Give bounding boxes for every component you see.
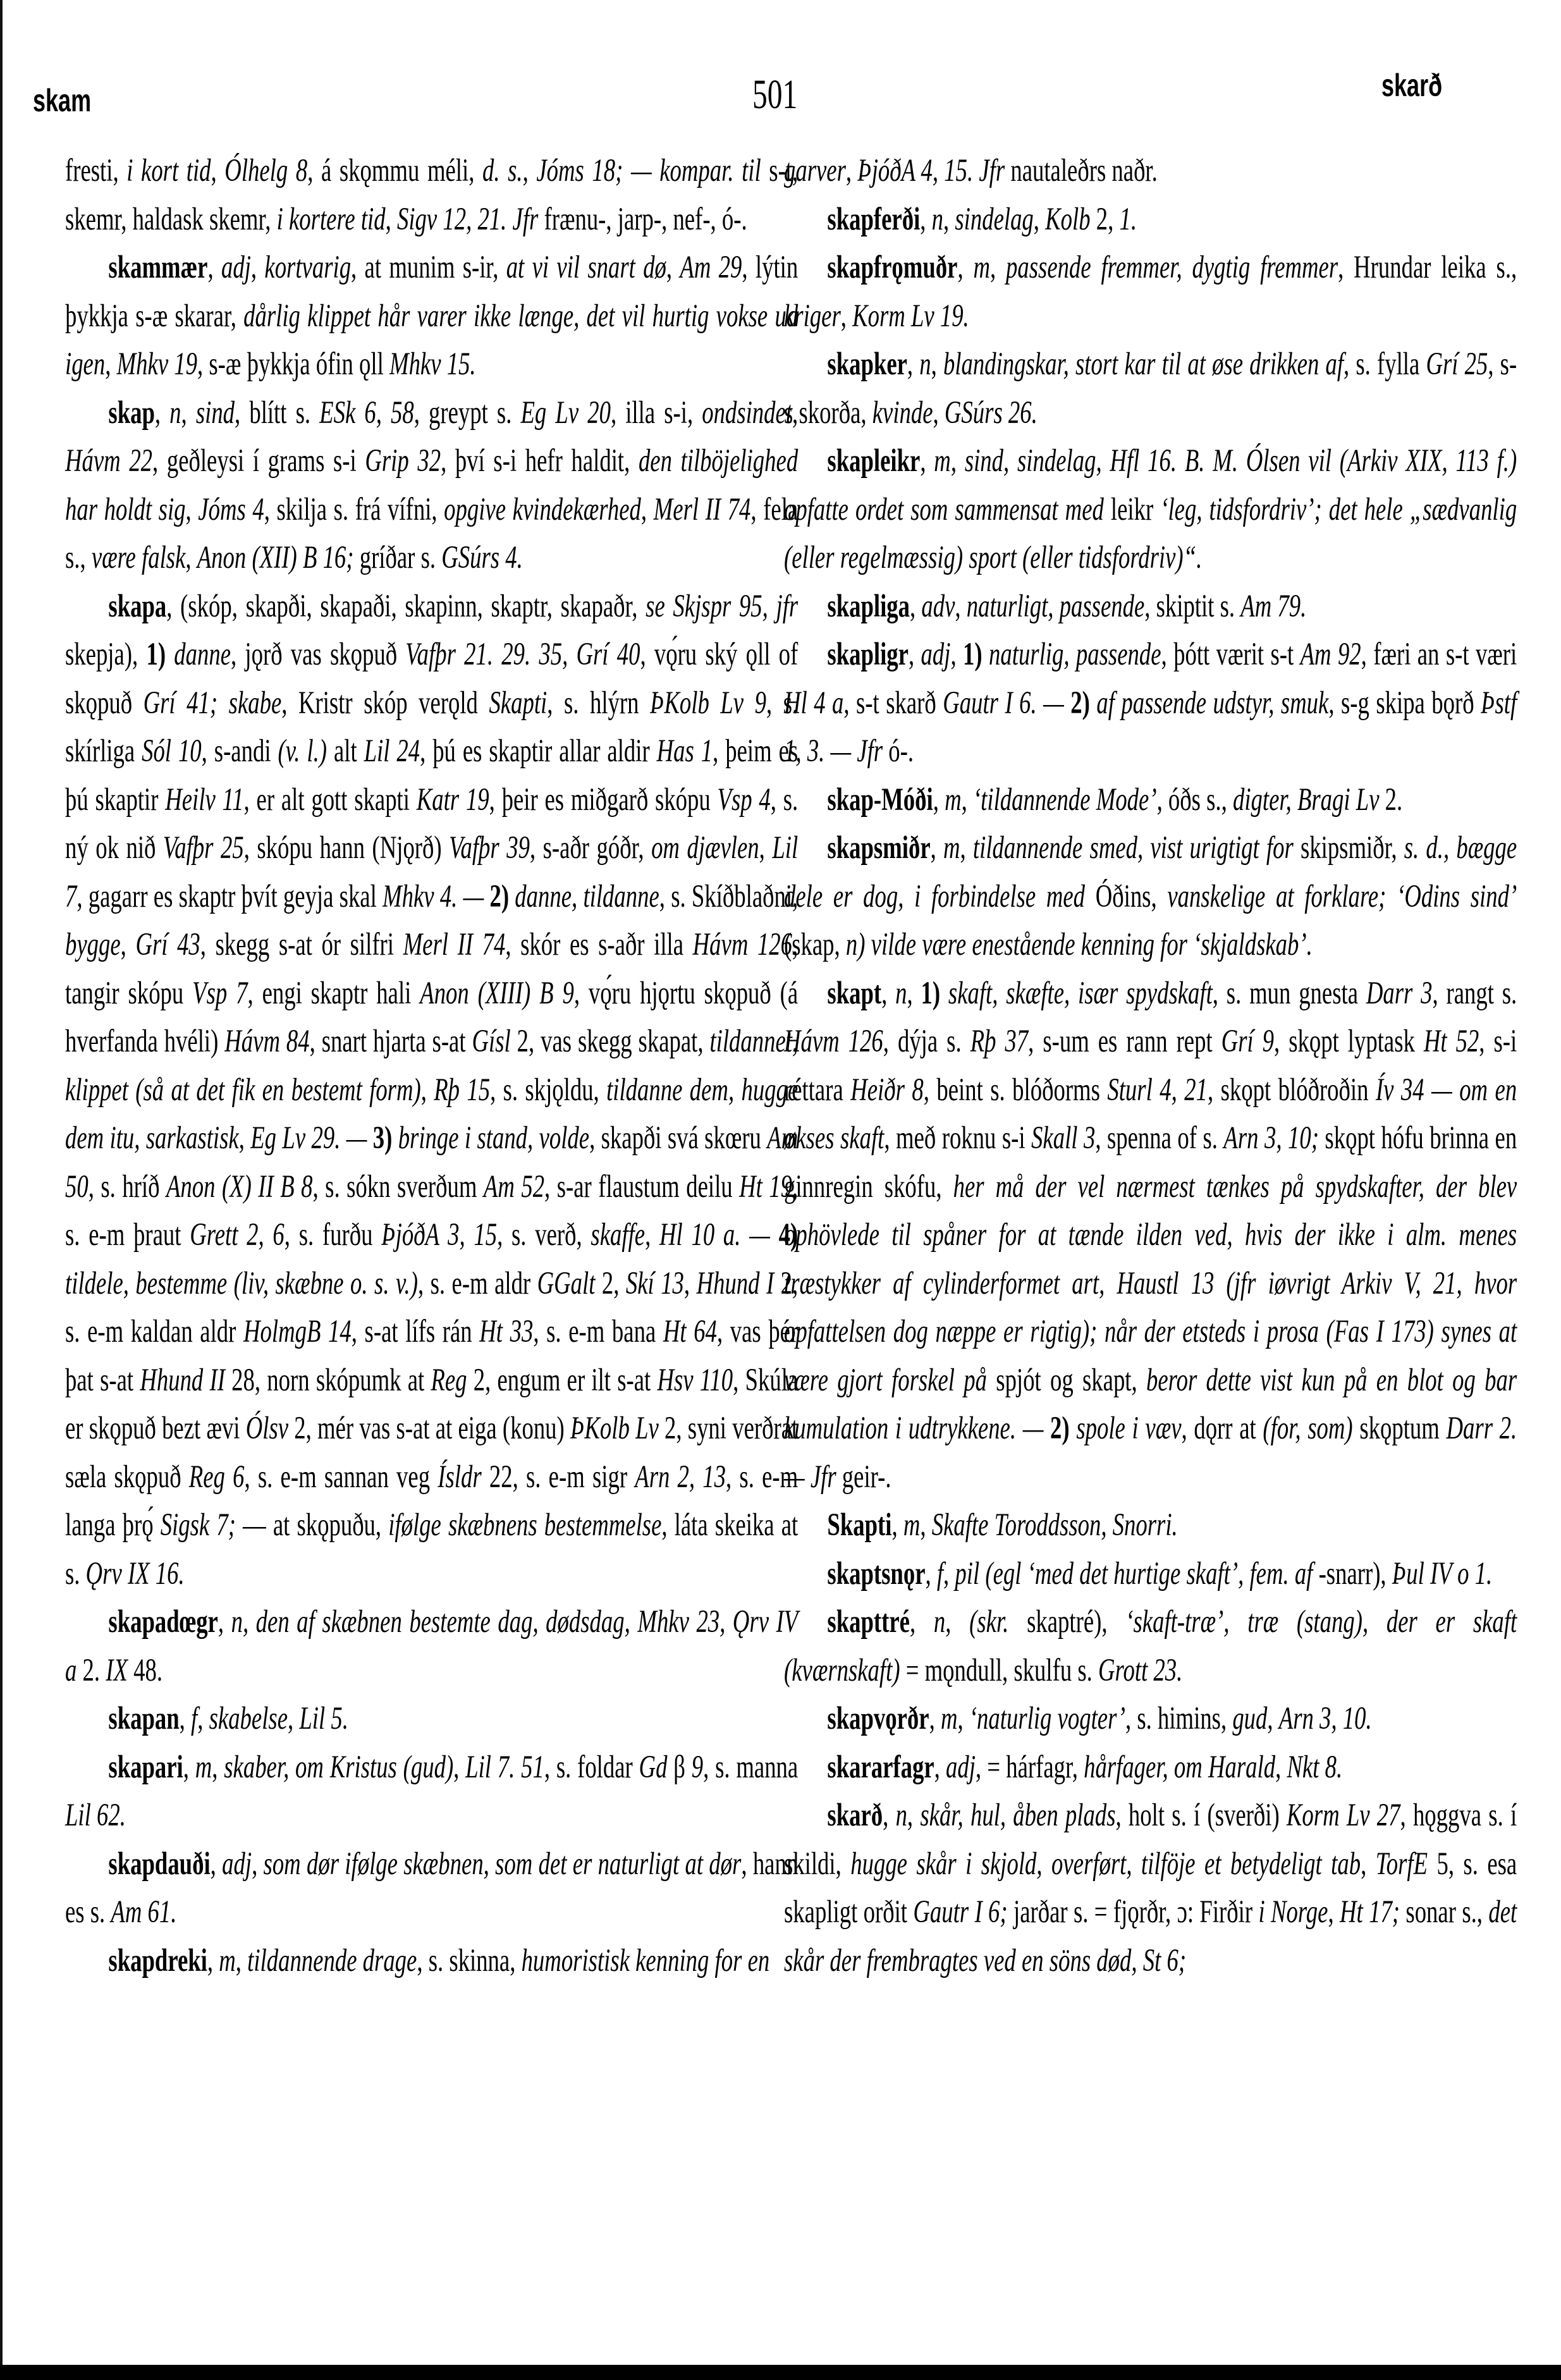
gloss-italic: f [191,1701,197,1736]
text: , [907,976,921,1011]
text: , [288,1701,299,1736]
text: , [523,153,537,188]
text: 28, norn skópumk at [225,1363,431,1398]
gloss-italic: Hávm 126 [784,1024,883,1059]
gloss-italic: Reg 6 [189,1459,245,1495]
text: , [186,492,199,527]
gloss-italic: Arn 3, 10. [1279,1701,1372,1736]
text: , með roknu s-i [884,1120,1031,1156]
gloss-italic: Skapti [489,685,547,721]
gloss-italic: Arn 3, 10; [1223,1120,1319,1156]
gloss-italic: Þul IV o 1. [1392,1556,1492,1592]
gloss-italic: naturlig, passende [989,637,1161,672]
entry-skapvǫrðr: skapvǫrðr, m, ‘naturlig vogter’, s. himi… [784,1695,1517,1743]
entry-skaptsnǫr: skaptsnǫr, f, pil (egl ‘med det hurtige … [784,1550,1517,1598]
text: , [891,1507,903,1543]
gloss-italic: Vafþr 25 [163,830,244,866]
text [940,976,948,1011]
text: , = hárfagr, [976,1750,1084,1785]
text: sonar s., [1400,1894,1488,1930]
page-number: 501 [752,71,797,119]
text: , [251,250,264,285]
gloss-italic: Ht 52 [1424,1024,1479,1059]
text: geir-. [836,1459,891,1495]
text: , geðleysi í grams s-i [152,443,365,479]
entry-continuation: fresti, i kort tid, Ólhelg 8, á skǫmmu m… [65,147,798,243]
gloss-italic: Has 1 [657,733,713,769]
headword: skapari [108,1750,183,1785]
text: skipsmiðr, [1294,830,1404,866]
gloss-italic: opgive kvindekærhed [444,492,641,527]
gloss-italic: om djævlen [651,830,759,866]
text: , [183,1750,195,1785]
gloss-italic: Mhkv 4. — [383,879,484,914]
text: , [960,830,973,866]
gloss-italic: Skafte Toroddsson, Snorri. [932,1507,1178,1543]
gloss-italic: Hl 10 a. — [659,1217,770,1253]
headword: skapdauði [108,1846,210,1882]
gloss-italic: Ólsv [246,1411,288,1446]
text: , [1267,1701,1278,1736]
gloss-italic: Vafþr 39 [449,830,530,866]
gloss-italic: Lil 5. [299,1701,348,1736]
text: , [943,202,955,237]
text: leikr [1104,492,1160,527]
gloss-italic: IX [106,1653,128,1688]
gloss-italic: Mhkv 15. [389,347,476,382]
text: , [846,153,857,188]
text: , [907,347,919,382]
gloss-italic: vanskelige at forklare; ‘Odins sind’ [1167,879,1517,914]
gloss-italic: m [219,1943,236,1978]
text: fresti, [65,153,126,188]
text: , [181,395,196,431]
gloss-italic: Jóms 4 [198,492,264,527]
headword: skapligr [827,637,909,672]
text: 2, engum er ilt s-at [467,1363,658,1398]
column-right: garver, ÞjóðA 4, 15. Jfr nautaleðrs naðr… [784,147,1517,1985]
text: , þótt værit s-t [1161,637,1301,672]
gloss-italic: i Norge [1258,1894,1328,1930]
text: , s. verð, [497,1217,591,1253]
headword: skarð [827,1798,883,1833]
gloss-italic: ondsindet [702,395,792,431]
entry-skapligr: skapligr, adj, 1) naturlig, passende, þó… [784,630,1517,776]
text: , [920,1507,931,1543]
text: , [990,250,1006,285]
text: , [951,443,965,479]
text: , [934,1750,946,1785]
text: 2, [595,1266,625,1301]
gloss-italic: TorfE [1376,1846,1428,1882]
gloss-italic: adj [221,250,251,285]
gloss-italic: Ólhelg 8 [224,153,307,188]
text: , [211,153,225,188]
text: -snarr), [1313,1556,1392,1592]
gloss-italic: Am 92 [1301,637,1361,672]
text: , [759,830,773,866]
gloss-italic: f [937,1556,943,1592]
gloss-italic: Arn 2, 13 [635,1459,726,1495]
text: , [925,1556,936,1592]
gloss-italic: ‘tildannende Mode’ [973,782,1157,818]
gloss-italic: Heiðr 8 [850,1072,923,1108]
gloss-italic: Hávm 22 [65,443,152,479]
text: , [155,395,169,431]
entry-skammær: skammær, adj, kortvarig, at munim s-ir, … [65,243,798,389]
text: , s. skjǫldu, [490,1072,606,1108]
gloss-italic: passende fremmer, dygtig fremmer [1006,250,1338,285]
gloss-italic: af passende udstyr, smuk [1096,685,1328,721]
text: 2, [1091,202,1120,237]
text: , s. hríð [89,1169,166,1205]
gloss-italic: skaft, skæfte, især spydskaft [948,976,1213,1011]
gloss-italic: hugge skår i skjold, overført, tilföje e… [850,1846,1361,1882]
gloss-italic: ÞjóðA 3, 15 [381,1217,497,1253]
headword: skapvǫrðr [827,1701,929,1736]
gloss-italic: garver [784,153,846,188]
text [1064,685,1070,721]
text: , [121,927,136,962]
text: , [386,202,397,237]
gloss-italic: HolmgB 14 [243,1314,352,1349]
text: 2, mér vas s-at at eiga (konu) [288,1411,570,1446]
text: , [962,782,973,818]
entry-skapker: skapker, n, blandingskar, stort kar til … [784,340,1517,437]
text [1090,685,1096,721]
text: , [1328,1894,1340,1930]
gloss-italic: tildele, bestemme (liv, skæbne o. s. v.) [65,1266,418,1301]
gloss-italic: Korm Lv 19. [852,298,969,334]
gloss-italic: naturligt, passende [967,589,1145,624]
gloss-italic: sind [196,395,235,431]
text: , greypt s. [414,395,521,431]
text: , skór es s-aðr illa [505,927,692,962]
gloss-italic: Grott 23. [1098,1653,1182,1688]
gloss-italic: ÞKolb Lv [570,1411,659,1446]
text: β [667,1750,691,1785]
text: skǫptum [1353,1411,1447,1446]
sense-number: 2) [1050,1411,1070,1446]
text: , er alt gott skapti [244,782,417,818]
text: , [641,492,654,527]
gloss-italic: GSúrs 26. [945,395,1038,431]
gloss-italic: m [945,782,962,818]
text: , óðs s., [1157,782,1233,818]
text: , [955,589,966,624]
gloss-italic: Vafþr 21. 29. 35, Grí 40 [405,637,640,672]
gloss-italic: humoristisk kenning for en [522,1943,770,1978]
entry-skapti: Skapti, m, Skafte Toroddsson, Snorri. [784,1501,1517,1550]
text: , s. himins, [1125,1701,1232,1736]
gloss-italic: n, den af skæbnen bestemte dag, dødsdag,… [231,1604,799,1640]
text: , s-æ þykkja ófin ǫll [197,347,389,382]
text: , [211,1846,222,1882]
gloss-italic: Grip 32 [365,443,441,479]
headword: skapdreki [108,1943,207,1978]
text: , s-g skipa bǫrð [1328,685,1481,721]
text: , Kristr skóp verǫld [281,685,489,721]
text: , spenna of s. [1095,1120,1223,1156]
gloss-italic: adj [222,1846,252,1882]
gloss-italic: Grí 9 [1221,1024,1274,1059]
gloss-italic: Nkt 8. [1287,1750,1342,1785]
text: , á skǫmmu méli, [307,153,482,188]
gloss-italic: (v. l.) [278,733,327,769]
text: , Hrundar leika s., [1338,250,1517,285]
text: , [957,250,973,285]
gloss-italic: Gd [639,1750,668,1785]
gloss-italic: m [941,1701,958,1736]
gloss-italic: kriger [784,298,841,334]
headword: skapferði [827,202,920,237]
text: , [185,540,197,575]
gloss-italic: bygge [65,927,121,962]
text: , því s-i hefr haldit, [441,443,639,479]
text: — at skǫpuðu, [236,1507,388,1543]
gloss-italic: Am 29 [680,250,742,285]
scan-edge-bottom [0,2365,1561,2380]
gloss-italic: (skr. [969,1604,1008,1640]
gloss-italic: Sigv 12, 21. Jfr [397,202,538,237]
gloss-italic: sindelag [955,202,1033,237]
text: , beint s. blóðorms [924,1072,1108,1108]
text: , s-at lífs rán [352,1314,480,1349]
text [1070,1411,1077,1446]
text: , s. sókn sverðum [313,1169,484,1205]
text: , snart hjarta s-at [310,1024,472,1059]
gloss-italic: ESk 6, 58 [319,395,414,431]
gloss-italic: skabelse [209,1701,288,1736]
gloss-italic: kvinde [872,395,933,431]
entry-skapt: skapt, n, 1) skaft, skæfte, især spydska… [784,969,1517,1502]
text: , [666,250,680,285]
gloss-italic: pil (egl ‘med det hurtige skaft’, fem. a… [955,1556,1313,1592]
gloss-italic: Skí 13 [626,1266,684,1301]
gloss-italic: Merl II 74 [403,927,506,962]
gloss-italic: Anon (X) II B 8 [166,1169,313,1205]
text: , [957,1701,969,1736]
text: , s-t skarð [843,685,943,721]
gloss-italic: Lil 7. 51 [465,1750,544,1785]
text: , s. e-m aldr [418,1266,537,1301]
text [509,879,515,914]
text [983,637,989,672]
gloss-italic: n [169,395,181,431]
gloss-italic: m [195,1750,212,1785]
text: , [933,395,945,431]
text: , s. foldar [544,1750,639,1785]
text: , [239,1120,251,1156]
headword: skapttré [827,1604,910,1640]
gloss-italic: GGalt [537,1266,596,1301]
sense-number: 2) [489,879,509,914]
text: , [207,1943,219,1978]
text: , [945,1604,969,1640]
gloss-italic: Rþ 37 [970,1024,1029,1059]
sense-number: 1) [921,976,940,1011]
text: , skiptit s. [1144,589,1240,624]
text: jarðar s. = fjǫrðr, ɔ: Firðir [1008,1894,1259,1930]
text: , s-aðr góðr, [530,830,651,866]
gloss-italic: skaffe [591,1217,645,1253]
text: , gagarr es skaptr þvít geyja skal [77,879,383,914]
headword: skapsmiðr [827,830,930,866]
headword: skapker [827,347,907,382]
gloss-italic: Skall 3 [1031,1120,1095,1156]
text: , [207,250,221,285]
entry-skapa: skapa, (skóp, skapði, skapaði, skapinn, … [65,582,798,1598]
text: spjót og skapt, [987,1363,1146,1398]
text: , [907,1798,920,1833]
entry-skapferði: skapferði, n, sindelag, Kolb 2, 1. [784,195,1517,244]
text [367,1120,372,1156]
text: , engi skaptr hali [247,976,420,1011]
gloss-italic: Vsp 4 [718,782,771,818]
gloss-italic: i kort tid [126,153,211,188]
entry-skapdreki: skapdreki, m, tildannende drage, s. skin… [65,1937,798,1985]
entry-skapsmiðr: skapsmiðr, m, tildannende smed, vist uri… [784,824,1517,969]
text: , skópu hann (Njǫrð) [244,830,449,866]
headword: skapleikr [827,443,920,479]
text [1043,1411,1050,1446]
gloss-italic: m [943,830,960,866]
scan-edge-left [0,0,3,2365]
text: , [236,1943,247,1978]
text: , s. furðu [285,1217,381,1253]
column-right-body: garver, ÞjóðA 4, 15. Jfr nautaleðrs naðr… [784,147,1517,1985]
sense-number: 3) [373,1120,393,1156]
gloss-italic: Grí 41; skabe [144,685,282,721]
gloss-italic: hårfager, om Harald [1084,1750,1275,1785]
text [865,927,871,962]
gloss-italic: m [903,1507,921,1543]
gloss-italic: Hl 4 a [784,685,843,721]
gloss-italic: Hhund I [697,1266,774,1301]
gloss-italic: Gautr I 6; [913,1894,1007,1930]
text: , s. mun gnesta [1213,976,1366,1011]
text: skepja), [65,637,146,672]
gloss-italic: Grí 43 [135,927,200,962]
text: , [943,1556,955,1592]
text: , [180,1701,191,1736]
gloss-italic: n [895,976,907,1011]
text [392,1120,398,1156]
text: , þú es skaptir allar aldir [420,733,657,769]
gloss-italic: Katr 19 [417,782,489,818]
gloss-italic: danne [174,637,231,672]
gloss-italic: Anon (XII) B 16; [197,540,354,575]
text [166,637,174,672]
text: , (skóp, skapði, skapaði, skapinn, skapt… [166,589,646,624]
text: , s. fylla [1344,347,1426,382]
column-left-body: fresti, i kort tid, Ólhelg 8, á skǫmmu m… [65,147,798,1985]
gloss-italic: vilde være enestående kenning for ‘skjal… [871,927,1313,962]
gloss-italic: ÞjóðA 4, 15. Jfr [857,153,1005,188]
entry-skapfrǫmuðr: skapfrǫmuðr, m, passende fremmer, dygtig… [784,243,1517,340]
entry-skararfagr: skararfagr, adj, = hárfagr, hårfager, om… [784,1743,1517,1792]
text: 2. [1380,782,1403,818]
headword: skararfagr [827,1750,934,1785]
text: (skap, [784,927,846,962]
gloss-italic: Rþ 15 [434,1072,490,1108]
text: ó-. [883,733,914,769]
gloss-italic: Grí 25 [1426,347,1488,382]
gloss-italic: tildannende smed, vist urigtigt for [973,830,1294,866]
gloss-italic: Jóms 18; — kompar. til [536,153,761,188]
gloss-italic: Anon (XIII) B 9 [420,976,574,1011]
text: , [910,1604,934,1640]
gloss-italic: danne, tildanne [515,879,659,914]
text: , s-andi [202,733,278,769]
gloss-italic: m [934,443,951,479]
text: , [197,1701,209,1736]
entry-skapliga: skapliga, adv, naturligt, passende, skip… [784,582,1517,631]
text: , [1275,1750,1287,1785]
text: , [218,1604,231,1640]
text: frænu-, jarp-, nef-, ó-. [538,202,747,237]
text: , s-ar flaustum deilu [544,1169,739,1205]
entry-skapleikr: skapleikr, m, sind, sindelag, Hfl 16. B.… [784,437,1517,582]
text: , s. hlýrn [547,685,650,721]
text: , [920,443,934,479]
headword: skapt [827,976,881,1011]
text: , skegg s-at ór silfri [200,927,403,962]
gloss-italic: Merl II 74 [654,492,751,527]
headword: skapfrǫmuðr [827,250,957,285]
text: , jǫrð vas skǫpuð [231,637,405,672]
gloss-italic: (for, som) [1263,1411,1352,1446]
gloss-italic: bringe i stand, volde [398,1120,589,1156]
gloss-italic: Darr 3 [1366,976,1433,1011]
entry-skapttr-: skapttré, n, (skr. skaptré), ‘skaft-træ’… [784,1598,1517,1695]
text: , s-um es rann rept [1028,1024,1221,1059]
gloss-italic: skår, hul, åben plads [920,1798,1115,1833]
running-head-left: skam [33,82,91,119]
gloss-italic: n [896,1798,907,1833]
gloss-italic: Hávm 84 [224,1024,309,1059]
gloss-italic: Gísl [472,1024,510,1059]
entry-skapan: skapan, f, skabelse, Lil 5. [65,1695,798,1743]
entry-skapdauði: skapdauði, adj, som dør ifølge skæbnen, … [65,1840,798,1937]
gloss-italic: n [934,1604,945,1640]
text: , [950,637,963,672]
text: , skǫpt blóðroðin [1208,1072,1376,1108]
text: , [931,830,943,866]
gloss-italic: spole i væv [1076,1411,1181,1446]
entry-skarð: skarð, n, skår, hul, åben plads, holt s.… [784,1791,1517,1985]
gloss-italic: Lil 24 [364,733,420,769]
gloss-italic: n) [846,927,866,962]
sense-number: 1) [963,637,983,672]
gloss-italic: Hsv 110 [657,1363,733,1398]
text: 48. [128,1653,162,1688]
text: , [931,347,943,382]
gloss-italic: som dør ifølge skæbnen, som det er natur… [264,1846,742,1882]
gloss-italic: Ht 33 [479,1314,533,1349]
gloss-italic: i kortere tid [277,202,386,237]
text: 2. [77,1653,106,1688]
headword: skapadœgr [108,1604,217,1640]
headword: skap [108,395,154,431]
entry-skapad-gr: skapadœgr, n, den af skæbnen bestemte da… [65,1598,798,1695]
text: , dǫrr at [1181,1411,1263,1446]
gloss-italic: Grett 2, 6 [190,1217,285,1253]
gloss-italic: 1. [1119,202,1137,237]
text: , [841,298,852,334]
gloss-italic: Ǫrv IX 16. [86,1556,185,1592]
sense-number: 2) [1070,685,1090,721]
